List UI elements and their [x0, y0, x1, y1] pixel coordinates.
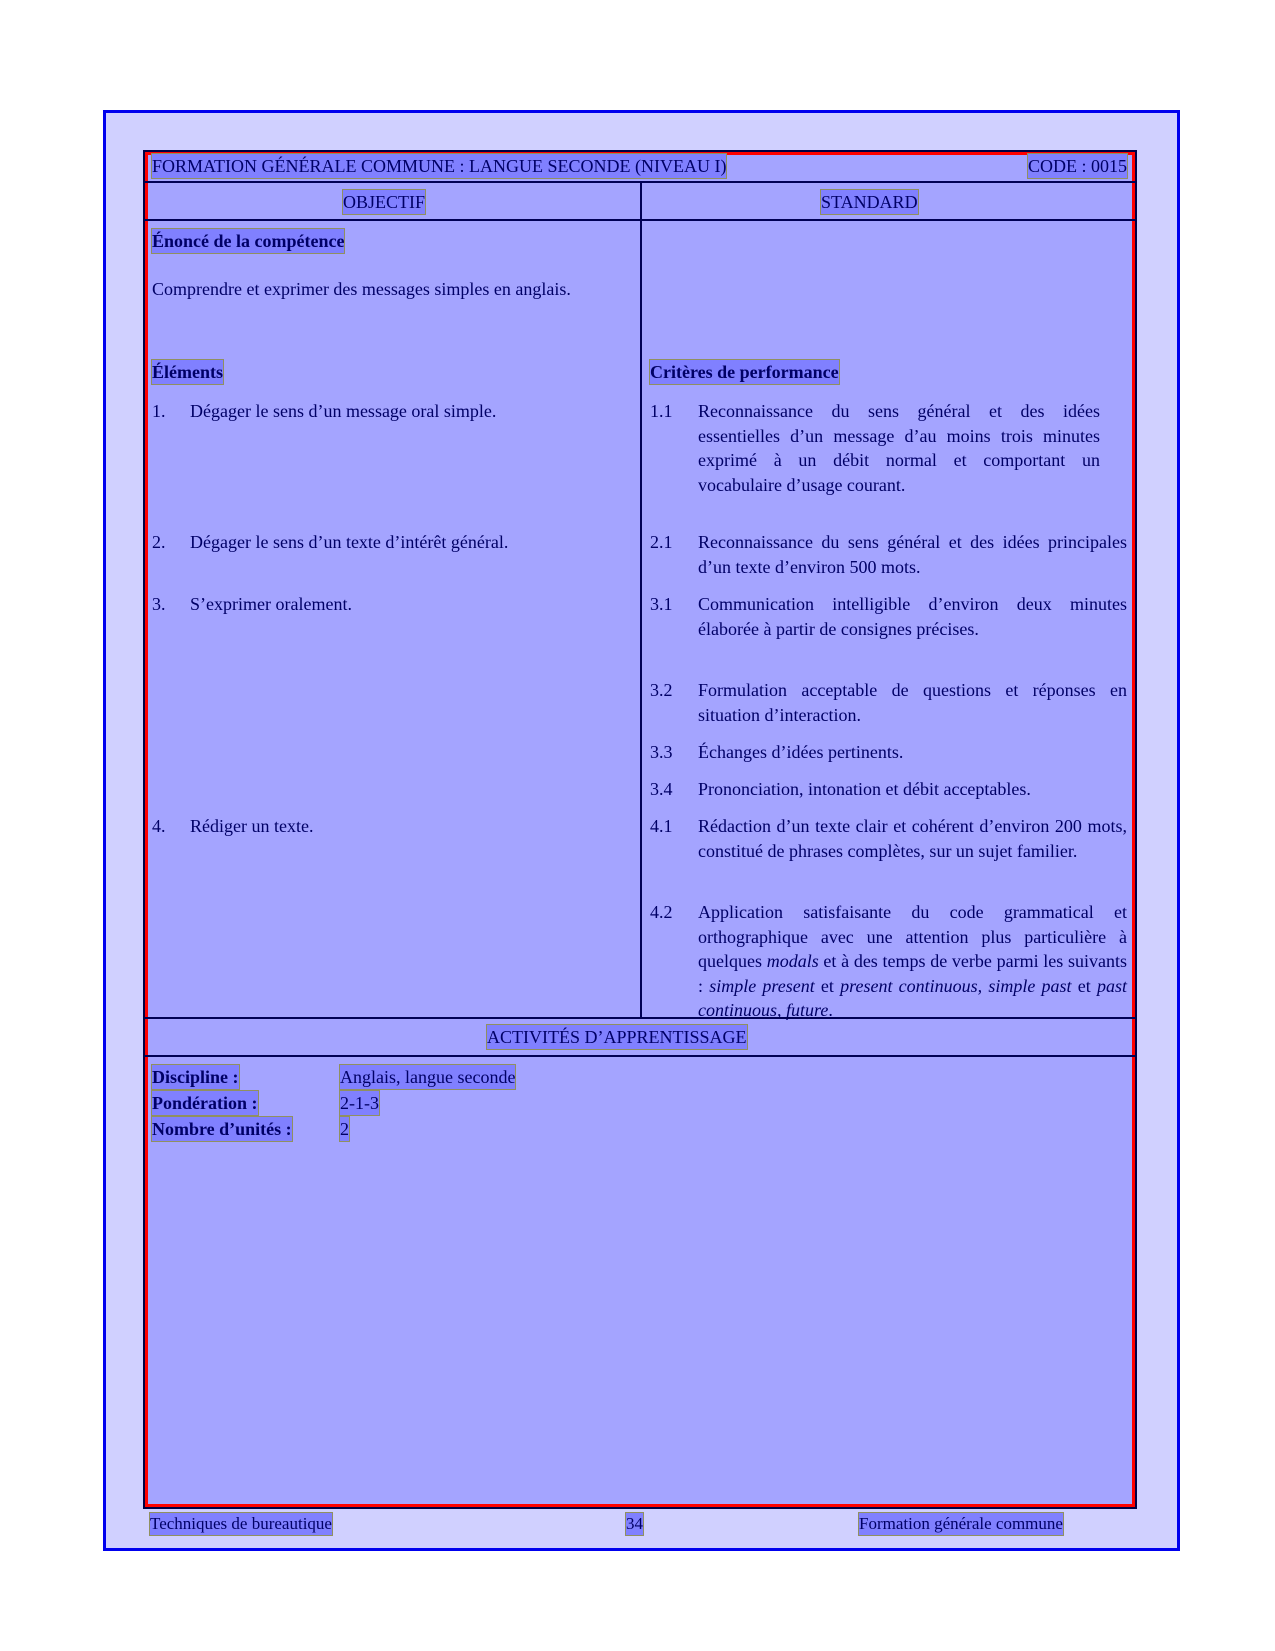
activities-heading: ACTIVITÉS D’APPRENTISSAGE — [487, 1025, 747, 1049]
elements-heading: Éléments — [152, 360, 223, 384]
footer-right: Formation générale commune — [859, 1513, 1063, 1535]
element-item: 2.Dégager le sens d’un texte d’intérêt g… — [152, 530, 508, 554]
page-number: 34 — [626, 1513, 643, 1535]
column-heading-standard: STANDARD — [821, 190, 918, 214]
activity-value-units: 2 — [340, 1117, 349, 1141]
activity-label-discipline: Discipline : — [152, 1065, 239, 1089]
activity-label-units: Nombre d’unités : — [152, 1117, 292, 1141]
competence-text: Comprendre et exprimer des messages simp… — [152, 277, 612, 301]
competency-table: FORMATION GÉNÉRALE COMMUNE : LANGUE SECO… — [143, 150, 1137, 1509]
element-item: 1.Dégager le sens d’un message oral simp… — [152, 399, 496, 423]
criterion-text-rich: Application satisfaisante du code gramma… — [698, 900, 1127, 1023]
activity-value-discipline: Anglais, langue seconde — [340, 1065, 515, 1089]
competence-heading: Énoncé de la compétence — [152, 229, 344, 253]
element-item: 4.Rédiger un texte. — [152, 814, 313, 838]
course-code: CODE : 0015 — [1028, 154, 1127, 178]
criteria-heading: Critères de performance — [650, 360, 839, 384]
column-heading-objectif: OBJECTIF — [343, 190, 425, 214]
table-title: FORMATION GÉNÉRALE COMMUNE : LANGUE SECO… — [152, 154, 726, 178]
divider — [145, 1055, 1135, 1057]
activity-value-ponderation: 2-1-3 — [340, 1091, 379, 1115]
element-item: 3.S’exprimer oralement. — [152, 592, 352, 616]
activity-label-ponderation: Pondération : — [152, 1091, 258, 1115]
footer-left: Techniques de bureautique — [150, 1513, 332, 1535]
divider — [145, 1017, 1135, 1019]
column-divider — [640, 181, 642, 1017]
